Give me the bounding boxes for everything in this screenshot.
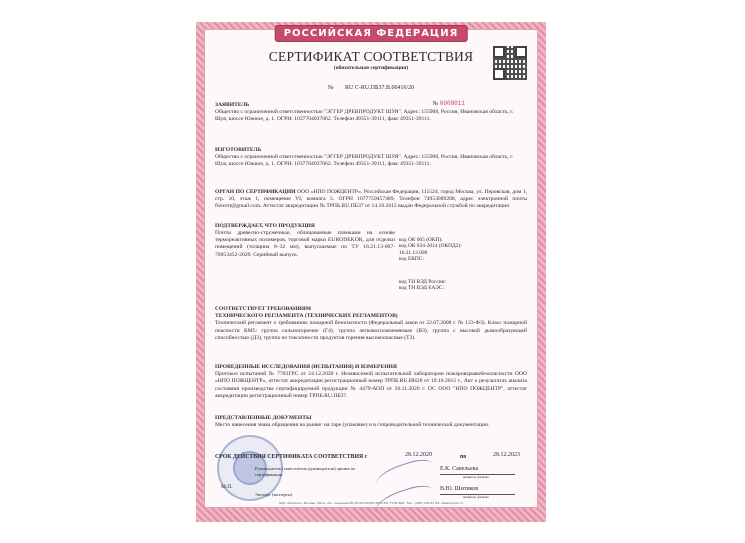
documents-text: Место нанесения знака обращения на рынке… [215, 422, 527, 429]
product-text: Плиты древесно-стружечные, облицованные … [215, 230, 395, 259]
okpd2-code-label: код ОК 034-2014 (ОКПД2): [399, 243, 462, 249]
tnved-codes: код ТН ВЭД России: код ТН ВЭД ЕАЭС: [399, 279, 446, 292]
cert-body-section: ОРГАН ПО СЕРТИФИКАЦИИ ООО «НПО ПОЖЦЕНТР»… [215, 189, 527, 211]
cert-body-heading: ОРГАН ПО СЕРТИФИКАЦИИ [215, 189, 295, 195]
validity-row: СРОК ДЕЙСТВИЯ СЕРТИФИКАТА СООТВЕТСТВИЯ с… [215, 454, 527, 460]
applicant-text: Общество с ограниченной ответственностью… [215, 109, 527, 123]
tests-section: ПРОВЕДЕННЫЕ ИССЛЕДОВАНИЯ (ИСПЫТАНИЯ) И И… [215, 364, 527, 400]
tnved-eaes-label: код ТН ВЭД ЕАЭС: [399, 285, 446, 291]
ekps-code-label: код ЕКПС: [399, 256, 462, 262]
certificate-number-label: № [328, 85, 334, 91]
certificate-number: № RU C-RU.ПБ37.В.00416/20 [205, 85, 537, 91]
validity-to-label: по [460, 454, 466, 460]
applicant-section: ЗАЯВИТЕЛЬ Общество с ограниченной ответс… [215, 102, 527, 124]
certificate-number-value: RU C-RU.ПБ37.В.00416/20 [345, 85, 414, 91]
validity-to-date: 28.12.2023 [493, 452, 520, 458]
certificate-subtitle: (обязательная сертификация) [205, 65, 537, 71]
head-name: Е.К. Савельева [440, 466, 478, 472]
country-banner: РОССИЙСКАЯ ФЕДЕРАЦИЯ [275, 25, 468, 42]
head-name-caption: инициалы, фамилия [463, 475, 489, 479]
certificate-title: СЕРТИФИКАТ СООТВЕТСТВИЯ [205, 49, 537, 65]
requirements-text: Технический регламент о требованиях пожа… [215, 320, 527, 342]
stamp-place-label: М.П. [221, 484, 233, 490]
documents-section: ПРЕДСТАВЛЕННЫЕ ДОКУМЕНТЫ Место нанесения… [215, 415, 527, 429]
validity-from-label: с [365, 454, 368, 460]
certificate-inner-area: РОССИЙСКАЯ ФЕДЕРАЦИЯ СЕРТИФИКАТ СООТВЕТС… [204, 29, 538, 508]
expert-role: Эксперт (эксперты) [255, 492, 365, 498]
expert-name: В.Ю. Шитиков [440, 486, 478, 492]
head-role: Руководитель (заместитель руководителя) … [255, 466, 365, 477]
tests-text: Протокол испытаний № 7783ГРС от 24.12.20… [215, 371, 527, 400]
manufacturer-text: Общество с ограниченной ответственностью… [215, 154, 527, 168]
expert-name-caption: инициалы, фамилия [463, 495, 489, 499]
certificate-document: РОССИЙСКАЯ ФЕДЕРАЦИЯ СЕРТИФИКАТ СООТВЕТС… [196, 22, 546, 522]
validity-label: СРОК ДЕЙСТВИЯ СЕРТИФИКАТА СООТВЕТСТВИЯ [215, 454, 363, 460]
manufacturer-section: ИЗГОТОВИТЕЛЬ Общество с ограниченной отв… [215, 147, 527, 169]
printer-footer: ЗАО «Опцион», Москва, 2019, «Б», лицензи… [205, 501, 537, 505]
validity-from-date: 28.12.2020 [405, 452, 432, 458]
requirements-section: СООТВЕТСТВУЕТ ТРЕБОВАНИЯМ ТЕХНИЧЕСКОГО Р… [215, 306, 527, 342]
product-codes: код ОК 005 (ОКП): код ОК 034-2014 (ОКПД2… [399, 237, 462, 263]
